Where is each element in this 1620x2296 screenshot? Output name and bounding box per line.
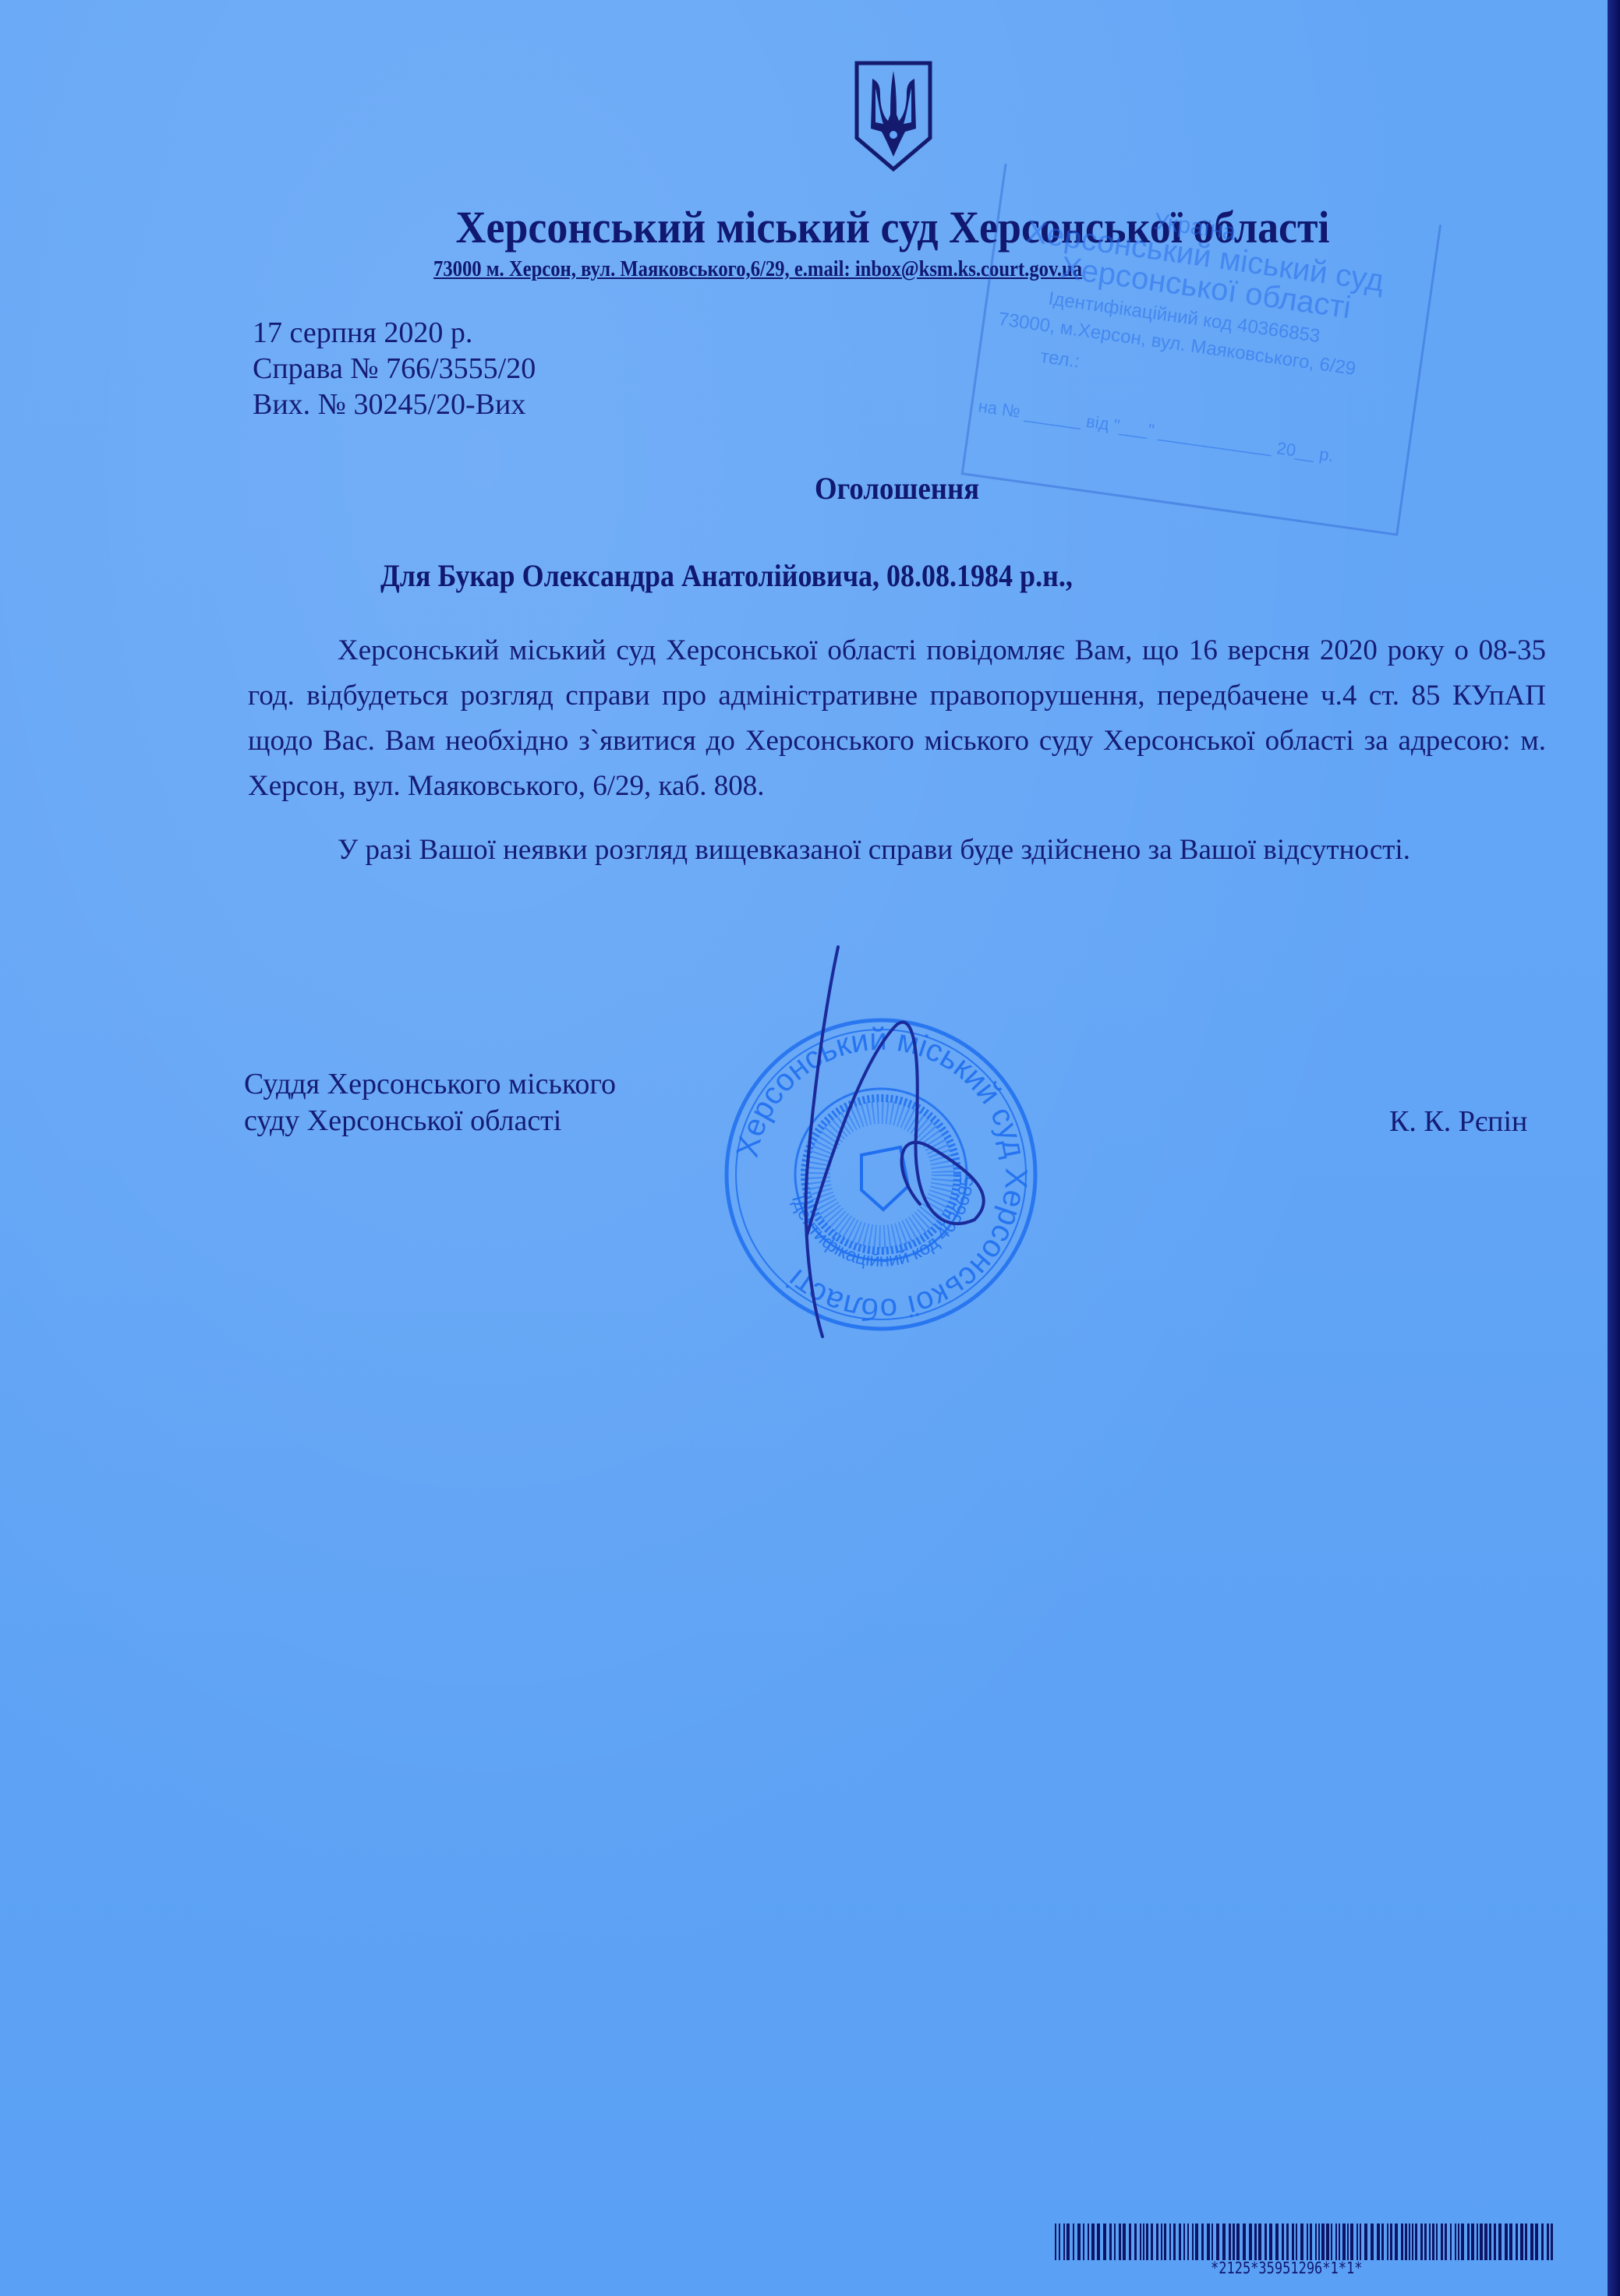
document-meta: 17 серпня 2020 р. Справа № 766/3555/20 В… xyxy=(253,315,536,422)
notice-paragraph-1: Херсонський міський суд Херсонської обла… xyxy=(248,628,1546,809)
handwritten-signature xyxy=(741,939,998,1344)
signatory-title: Суддя Херсонського міського суду Херсонс… xyxy=(244,1066,616,1139)
court-address: 73000 м. Херсон, вул. Маяковського,6/29,… xyxy=(433,257,1082,282)
outgoing-number: Вих. № 30245/20-Вих xyxy=(253,387,536,422)
registration-stamp: Україна Херсонський міський суд Херсонсь… xyxy=(959,156,1453,551)
barcode xyxy=(1055,2224,1558,2260)
document-date: 17 серпня 2020 р. xyxy=(253,315,536,351)
trident-emblem-icon xyxy=(852,60,935,172)
barcode-text: *2125*35951296*1*1* xyxy=(1211,2259,1362,2277)
document-page: Херсонський міський суд Херсонської обла… xyxy=(0,0,1608,2296)
signatory-name: К. К. Рєпін xyxy=(1389,1104,1527,1139)
notice-paragraph-2: У разі Вашої неявки розгляд вищевказаної… xyxy=(248,828,1546,873)
recipient-line: Для Букар Олександра Анатолійовича, 08.0… xyxy=(380,557,1073,594)
page-edge-shadow xyxy=(1608,0,1620,2296)
case-number: Справа № 766/3555/20 xyxy=(253,351,536,387)
notice-heading: Оголошення xyxy=(815,470,979,507)
